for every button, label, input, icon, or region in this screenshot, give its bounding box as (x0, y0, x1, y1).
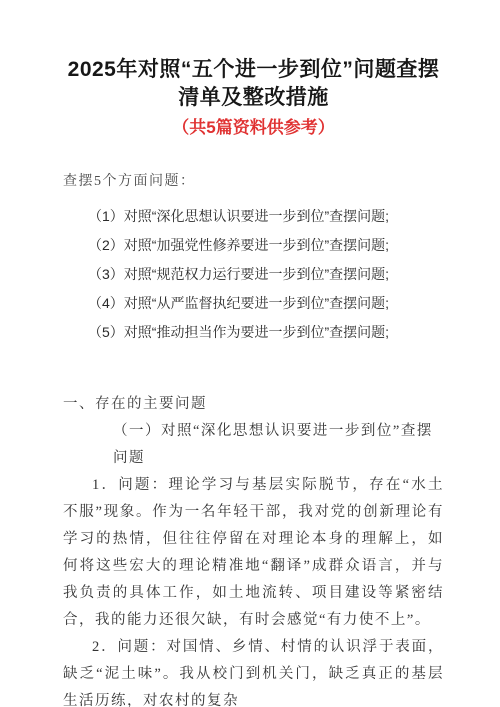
document-title: 2025年对照“五个进一步到位”问题查摆清单及整改措施 (63, 56, 444, 112)
section-heading: 一、存在的主要问题 (63, 391, 444, 418)
checklist-item-2: （2）对照“加强党性修养要进一步到位”查摆问题; (63, 231, 444, 260)
checklist-item-1: （1）对照“深化思想认识要进一步到位”查摆问题; (63, 202, 444, 231)
main-section: 一、存在的主要问题 （一）对照“深化思想认识要进一步到位”查摆问题 1．问题：理… (63, 391, 444, 707)
document-page: 2025年对照“五个进一步到位”问题查摆清单及整改措施 （共5篇资料供参考） 查… (0, 0, 500, 707)
checklist-item-5: （5）对照“推动担当作为要进一步到位”查摆问题; (63, 318, 444, 347)
checklist-item-3: （3）对照“规范权力运行要进一步到位”查摆问题; (63, 260, 444, 289)
checklist: （1）对照“深化思想认识要进一步到位”查摆问题; （2）对照“加强党性修养要进一… (63, 202, 444, 347)
document-subtitle: （共5篇资料供参考） (63, 114, 444, 141)
paragraph-problem-1: 1．问题：理论学习与基层实际脱节，存在“水土不服”现象。作为一名年轻干部，我对党… (63, 472, 444, 634)
checklist-item-4: （4）对照“从严监督执纪要进一步到位”查摆问题; (63, 289, 444, 318)
section-subheading: （一）对照“深化思想认识要进一步到位”查摆问题 (63, 418, 444, 472)
checklist-intro-label: 查摆5个方面问题： (63, 172, 444, 192)
paragraph-problem-2: 2．问题：对国情、乡情、村情的认识浮于表面，缺乏“泥土味”。我从校门到机关门，缺… (63, 634, 444, 707)
